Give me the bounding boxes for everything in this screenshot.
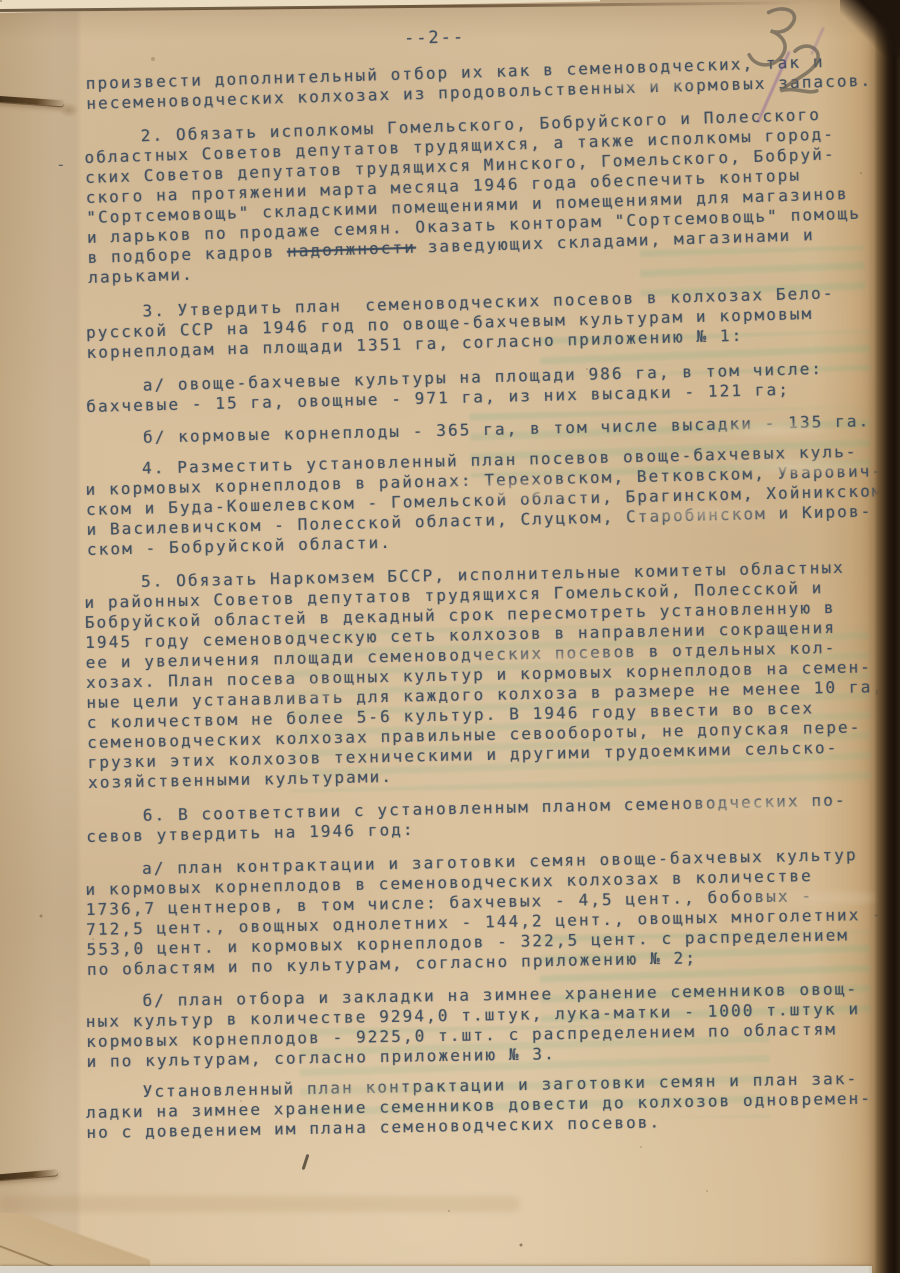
paragraph-item-3: 3. Утвердить план семеноводческих посево…	[85, 282, 876, 363]
paragraph-item-5: 5. Обязать Наркомзем БССР, исполнительны…	[84, 557, 878, 793]
photo-bottom-edge	[0, 1266, 872, 1273]
margin-stray-mark: -	[56, 155, 66, 174]
underlying-page-corner	[0, 1213, 150, 1273]
document-photo: --2-- - произвести дополнительный отбор …	[0, 0, 900, 1273]
document-text: произвести дополнительный отбор их как в…	[86, 74, 876, 1143]
paragraph-item-4: 4. Разместить установленный план посевов…	[85, 441, 877, 560]
paper-sheet: --2-- - произвести дополнительный отбор …	[0, 0, 884, 1273]
page-number: --2--	[404, 27, 466, 48]
photo-dark-corner	[840, 0, 900, 58]
binding-dent	[56, 100, 82, 120]
paper-specks	[0, 0, 2, 2]
typed-text-layer: --2-- - произвести дополнительный отбор …	[0, 0, 884, 1273]
struck-text: надолжности	[287, 238, 417, 261]
photo-dark-background	[874, 0, 900, 1273]
paragraph-item-6b: б/ план отбора и закладки на зимнее хран…	[85, 979, 876, 1072]
paragraph-item-3a: а/ овоще-бахчевые культуры на площади 98…	[86, 358, 877, 417]
paragraph-closing: Установленный план контрактации и загото…	[85, 1069, 876, 1143]
paragraph-item-6a: а/ план контрактации и заготовки семян о…	[85, 845, 877, 980]
paragraph-item-6: 6. В соответствии с установленным планом…	[86, 790, 877, 847]
paragraph-item-2: 2. Обязать исполкомы Гомельского, Бобруй…	[83, 103, 878, 288]
